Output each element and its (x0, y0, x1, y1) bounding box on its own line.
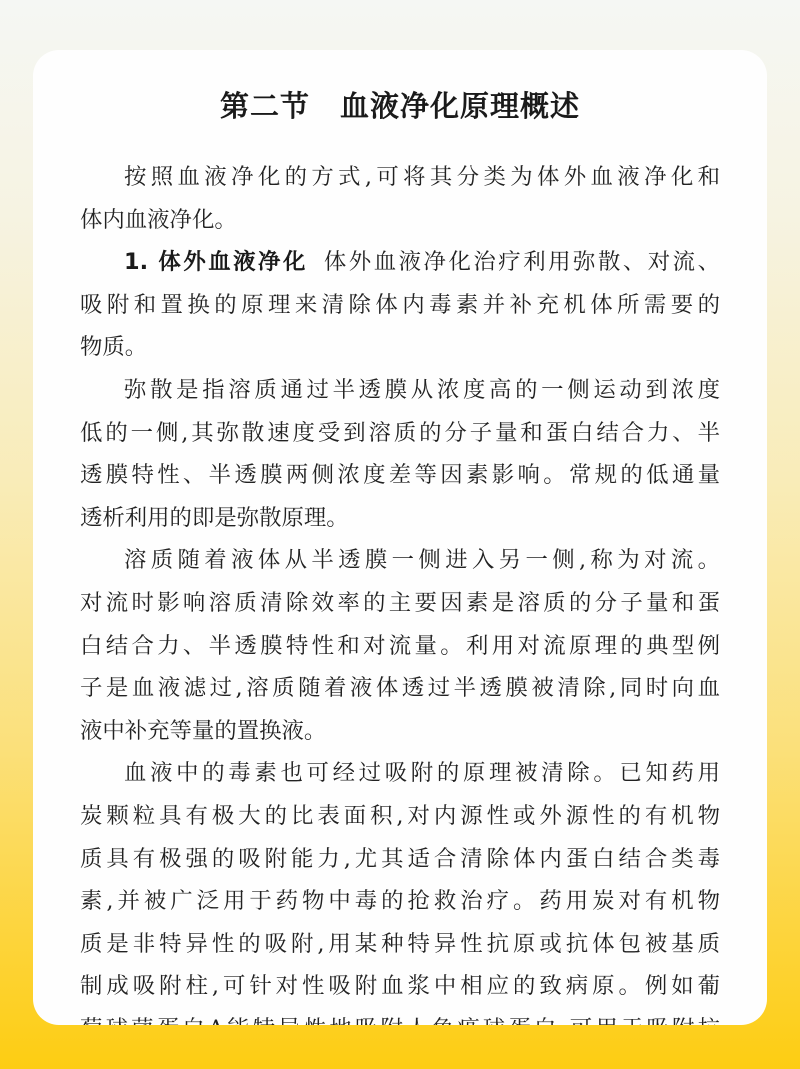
text-line: 溶质随着液体从半透膜一侧进入另一侧,称为对流。 (80, 539, 720, 582)
text-line: 透析利用的即是弥散原理。 (80, 497, 720, 540)
paragraph-diffusion: 弥散是指溶质通过半透膜从浓度高的一侧运动到浓度 低的一侧,其弥散速度受到溶质的分… (80, 369, 720, 539)
document-body: 按照血液净化的方式,可将其分类为体外血液净化和 体内血液净化。 1. 体外血液净… (80, 156, 720, 1025)
section-title: 第二节 血液净化原理概述 (33, 84, 767, 125)
text-line: 体内血液净化。 (80, 199, 720, 242)
text-line: 按照血液净化的方式,可将其分类为体外血液净化和 (80, 156, 720, 199)
paragraph-adsorption: 血液中的毒素也可经过吸附的原理被清除。已知药用 炭颗粒具有极大的比表面积,对内源… (80, 752, 720, 1025)
document-page-card: 第二节 血液净化原理概述 按照血液净化的方式,可将其分类为体外血液净化和 体内血… (33, 50, 767, 1025)
text-line: 白结合力、半透膜特性和对流量。利用对流原理的典型例 (80, 625, 720, 668)
text-line: 物质。 (80, 326, 720, 369)
text-line: 血液中的毒素也可经过吸附的原理被清除。已知药用 (80, 752, 720, 795)
text-line: 炭颗粒具有极大的比表面积,对内源性或外源性的有机物 (80, 795, 720, 838)
text-line: 质是非特异性的吸附,用某种特异性抗原或抗体包被基质 (80, 923, 720, 966)
paragraph-classification: 按照血液净化的方式,可将其分类为体外血液净化和 体内血液净化。 (80, 156, 720, 241)
text-line: 质具有极强的吸附能力,尤其适合清除体内蛋白结合类毒 (80, 838, 720, 881)
text-line: 液中补充等量的置换液。 (80, 710, 720, 753)
text-line: 1. 体外血液净化体外血液净化治疗利用弥散、对流、 (80, 241, 720, 284)
text-line: 低的一侧,其弥散速度受到溶质的分子量和蛋白结合力、半 (80, 412, 720, 455)
text-line: 子是血液滤过,溶质随着液体透过半透膜被清除,同时向血 (80, 667, 720, 710)
text-line: 吸附和置换的原理来清除体内毒素并补充机体所需要的 (80, 284, 720, 327)
text-line: 透膜特性、半透膜两侧浓度差等因素影响。常规的低通量 (80, 454, 720, 497)
text-line: 制成吸附柱,可针对性吸附血浆中相应的致病原。例如葡 (80, 965, 720, 1008)
paragraph-extracorporeal-purification: 1. 体外血液净化体外血液净化治疗利用弥散、对流、 吸附和置换的原理来清除体内毒… (80, 241, 720, 369)
text-line: 对流时影响溶质清除效率的主要因素是溶质的分子量和蛋 (80, 582, 720, 625)
text-line: 弥散是指溶质通过半透膜从浓度高的一侧运动到浓度 (80, 369, 720, 412)
paragraph-convection: 溶质随着液体从半透膜一侧进入另一侧,称为对流。 对流时影响溶质清除效率的主要因素… (80, 539, 720, 752)
subsection-heading: 1. 体外血液净化 (124, 249, 308, 275)
text-line: 素,并被广泛用于药物中毒的抢救治疗。药用炭对有机物 (80, 880, 720, 923)
text-line: 萄球菌蛋白A能特异性地吸附人免疫球蛋白,可用于吸附抗 (80, 1008, 720, 1025)
text-line-content: 体外血液净化治疗利用弥散、对流、 (324, 249, 720, 275)
